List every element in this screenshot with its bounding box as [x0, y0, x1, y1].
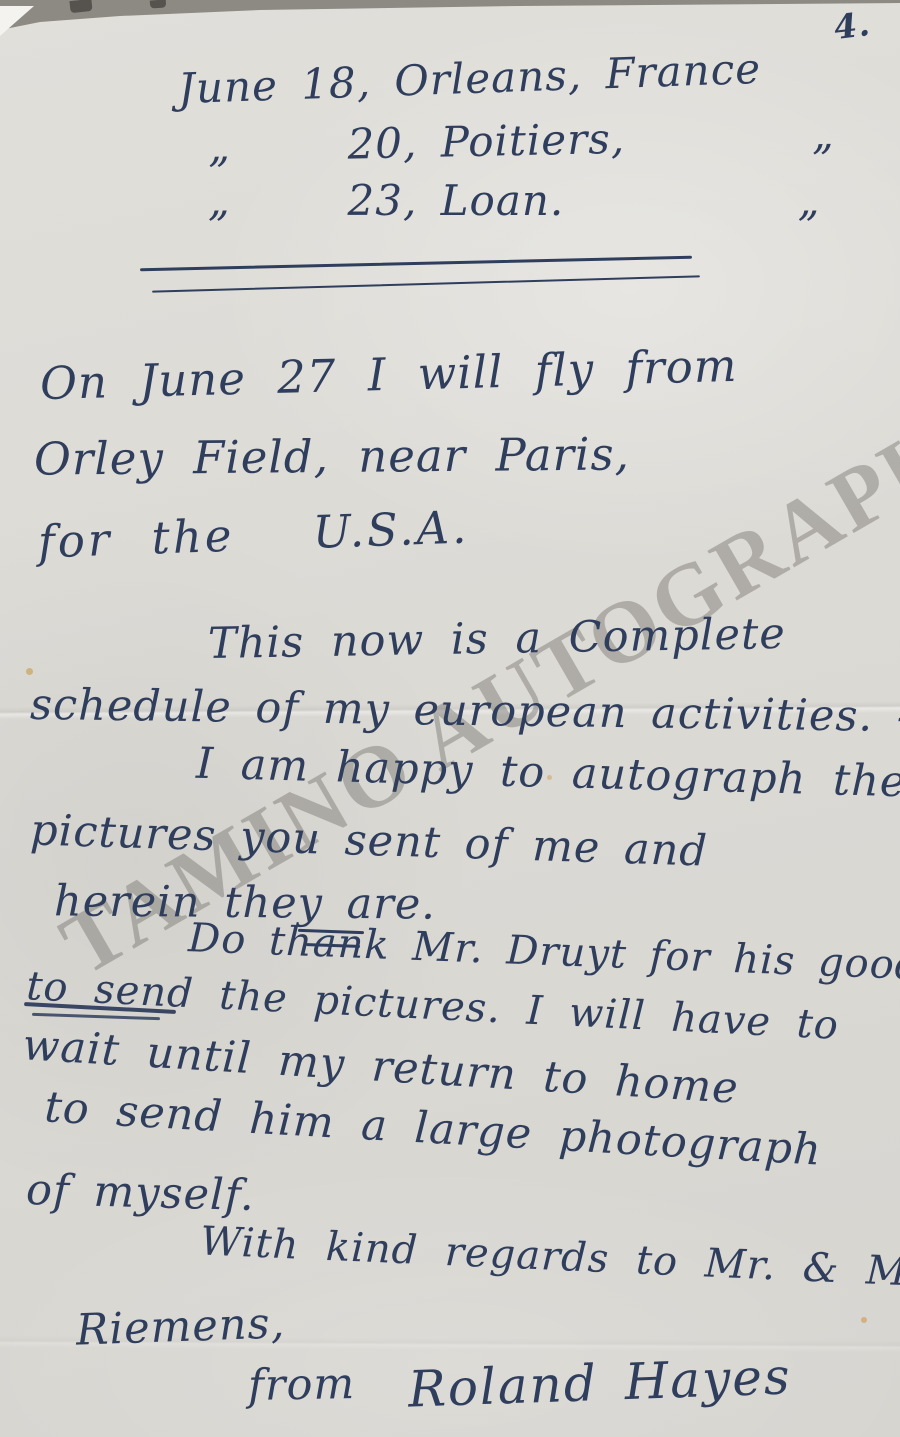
staple-mark: [150, 0, 167, 9]
letter-line: On June 27 I will fly from: [39, 341, 738, 409]
letter-line: for the U.S.A.: [37, 502, 470, 567]
scanned-letter-page: TAMINO AUTOGRAPHS 4. June 18, Orleans, F…: [0, 0, 900, 1437]
itinerary-line-1: June 18, Orleans, France: [177, 46, 761, 113]
letter-closing-line: With kind regards to Mr. & Mrs.: [199, 1219, 900, 1296]
handwritten-divider-line: [152, 275, 700, 292]
letter-closing-line: from: [248, 1361, 356, 1410]
handwritten-divider-line: [140, 256, 692, 272]
itinerary-line-3: „ 23, Loan. „: [208, 178, 821, 224]
letter-line: Orley Field, near Paris,: [34, 429, 630, 484]
letter-line: schedule of my european activities. -: [30, 682, 900, 742]
paper-corner-fold: [0, 6, 34, 36]
signature: Roland Hayes: [407, 1349, 792, 1417]
page-number: 4.: [832, 6, 873, 46]
letter-line: of myself.: [25, 1167, 255, 1220]
letter-closing-line: Riemens,: [75, 1300, 286, 1355]
paper-speck: [861, 1317, 867, 1323]
itinerary-line-2: „ 20, Poitiers, „: [208, 111, 835, 170]
scan-top-edge: [0, 0, 900, 30]
letter-line: This now is a Complete: [208, 611, 786, 668]
paper-speck: [26, 668, 33, 675]
staple-mark: [69, 0, 92, 13]
